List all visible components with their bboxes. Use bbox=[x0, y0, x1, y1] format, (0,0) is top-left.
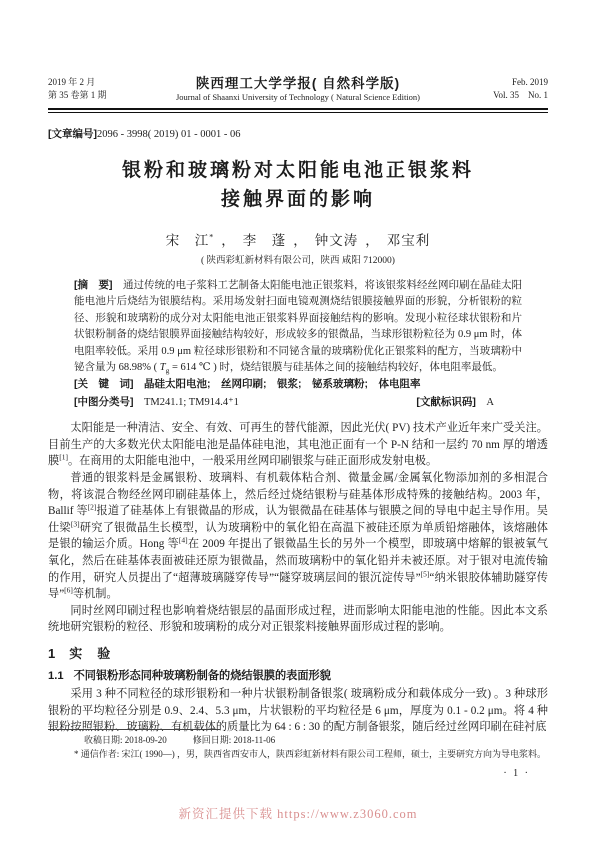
abstract: [摘 要] 通过传统的电子浆料工艺制备太阳能电池正银浆料，将该银浆料经丝网印刷在… bbox=[74, 277, 522, 376]
paragraph-intro-1: 太阳能是一种清洁、安全、有效、可再生的替代能源，因此光伏( PV) 技术产业近年… bbox=[48, 420, 548, 470]
abstract-block: [摘 要] 通过传统的电子浆料工艺制备太阳能电池正银浆料，将该银浆料经丝网印刷在… bbox=[74, 277, 522, 411]
section-title: 实 验 bbox=[69, 646, 111, 661]
authors-line: 宋 江*，李 蓬，钟文涛，邓宝利 bbox=[48, 229, 548, 249]
journal-issue-cn: 第 35 卷第 1 期 bbox=[48, 89, 158, 102]
doc-code-value: A bbox=[486, 397, 494, 408]
body-text: 太阳能是一种清洁、安全、有效、可再生的替代能源，因此光伏( PV) 技术产业近年… bbox=[48, 420, 548, 636]
footnote-correspondent: * 通信作者: 宋江( 1990—) ，男，陕西省西安市人，陕西彩虹新材料有限公… bbox=[48, 747, 548, 761]
author-name: 钟文涛 bbox=[315, 233, 359, 248]
article-number-label: [文章编号] bbox=[48, 128, 97, 140]
paper-title-line2: 接触界面的影响 bbox=[48, 185, 548, 214]
clc-group: [中图分类号] TM241.1; TM914.4⁺1 bbox=[74, 394, 239, 411]
author-separator: ， bbox=[358, 233, 387, 248]
clc-line: [中图分类号] TM241.1; TM914.4⁺1 [文献标识码] A bbox=[74, 394, 522, 411]
author-name: 邓宝利 bbox=[387, 233, 431, 248]
doc-code-group: [文献标识码] A bbox=[416, 394, 494, 411]
paper-title: 银粉和玻璃粉对太阳能电池正银浆料 接触界面的影响 bbox=[48, 156, 548, 214]
footnote-received: 收稿日期: 2018-09-20 bbox=[84, 735, 167, 745]
article-number-value: 2096 - 3998( 2019) 01 - 0001 - 06 bbox=[97, 129, 240, 140]
paper-page: 2019 年 2 月 第 35 卷第 1 期 陕西理工大学学报( 自然科学版) … bbox=[0, 0, 596, 842]
abstract-label: [摘 要] bbox=[74, 279, 113, 291]
journal-title-cn: 陕西理工大学学报( 自然科学版) bbox=[158, 76, 438, 91]
journal-header-left: 2019 年 2 月 第 35 卷第 1 期 bbox=[48, 76, 158, 102]
journal-header-center: 陕西理工大学学报( 自然科学版) Journal of Shaanxi Univ… bbox=[158, 76, 438, 103]
keywords-line: [关 键 词] 晶硅太阳电池; 丝网印刷; 银浆; 铋系玻璃粉; 体电阻率 bbox=[74, 376, 522, 392]
author-name: 宋 江* bbox=[166, 233, 215, 248]
footnote-rule bbox=[48, 729, 220, 730]
keywords-text: 晶硅太阳电池; 丝网印刷; 银浆; 铋系玻璃粉; 体电阻率 bbox=[144, 378, 421, 390]
footnote-revised: 修回日期: 2018-11-06 bbox=[193, 735, 275, 745]
author-separator: ， bbox=[214, 233, 243, 248]
keywords-label: [关 键 词] bbox=[74, 378, 134, 390]
section-number: 1 bbox=[48, 646, 55, 661]
footnote-dates: 收稿日期: 2018-09-20修回日期: 2018-11-06 bbox=[48, 733, 548, 747]
section-heading-1: 1实 验 bbox=[48, 643, 548, 662]
subsection-number: 1.1 bbox=[48, 670, 64, 682]
paragraph-intro-3: 同时丝网印刷过程也影响着烧结银层的晶面形成过程，进而影响太阳能电池的性能。因此本… bbox=[48, 603, 548, 636]
article-number: [文章编号]2096 - 3998( 2019) 01 - 0001 - 06 bbox=[48, 126, 548, 141]
journal-date-en: Feb. 2019 bbox=[438, 76, 548, 89]
journal-header: 2019 年 2 月 第 35 卷第 1 期 陕西理工大学学报( 自然科学版) … bbox=[48, 76, 548, 103]
paragraph-intro-2: 普通的银浆料是金属银粉、玻璃料、有机载体粘合剂、微量金属/金属氧化物添加剂的多相… bbox=[48, 470, 548, 603]
author-separator: ， bbox=[286, 233, 315, 248]
journal-title-en: Journal of Shaanxi University of Technol… bbox=[158, 91, 438, 103]
header-double-rule bbox=[48, 108, 548, 113]
clc-label: [中图分类号] bbox=[74, 396, 134, 408]
abstract-text: 通过传统的电子浆料工艺制备太阳能电池正银浆料，将该银浆料经丝网印刷在晶硅太阳能电… bbox=[74, 280, 522, 373]
footnote-area: 收稿日期: 2018-09-20修回日期: 2018-11-06 * 通信作者:… bbox=[48, 729, 548, 761]
page-number: · 1 · bbox=[503, 768, 530, 779]
subsection-heading-1-1: 1.1不同银粉形态同种玻璃粉制备的烧结银膜的表面形貌 bbox=[48, 667, 548, 683]
journal-date-cn: 2019 年 2 月 bbox=[48, 76, 158, 89]
clc-value: TM241.1; TM914.4⁺1 bbox=[144, 397, 239, 408]
affiliation: ( 陕西彩虹新材料有限公司，陕西 咸阳 712000) bbox=[48, 252, 548, 266]
author-name: 李 蓬 bbox=[243, 233, 287, 248]
watermark-text: 新资汇提供下载 https://www.z3060.com bbox=[0, 804, 596, 822]
paper-title-line1: 银粉和玻璃粉对太阳能电池正银浆料 bbox=[48, 156, 548, 185]
journal-header-right: Feb. 2019 Vol. 35 No. 1 bbox=[438, 76, 548, 102]
subsection-title: 不同银粉形态同种玻璃粉制备的烧结银膜的表面形貌 bbox=[74, 670, 331, 682]
journal-issue-en: Vol. 35 No. 1 bbox=[438, 89, 548, 102]
doc-code-label: [文献标识码] bbox=[416, 396, 476, 408]
